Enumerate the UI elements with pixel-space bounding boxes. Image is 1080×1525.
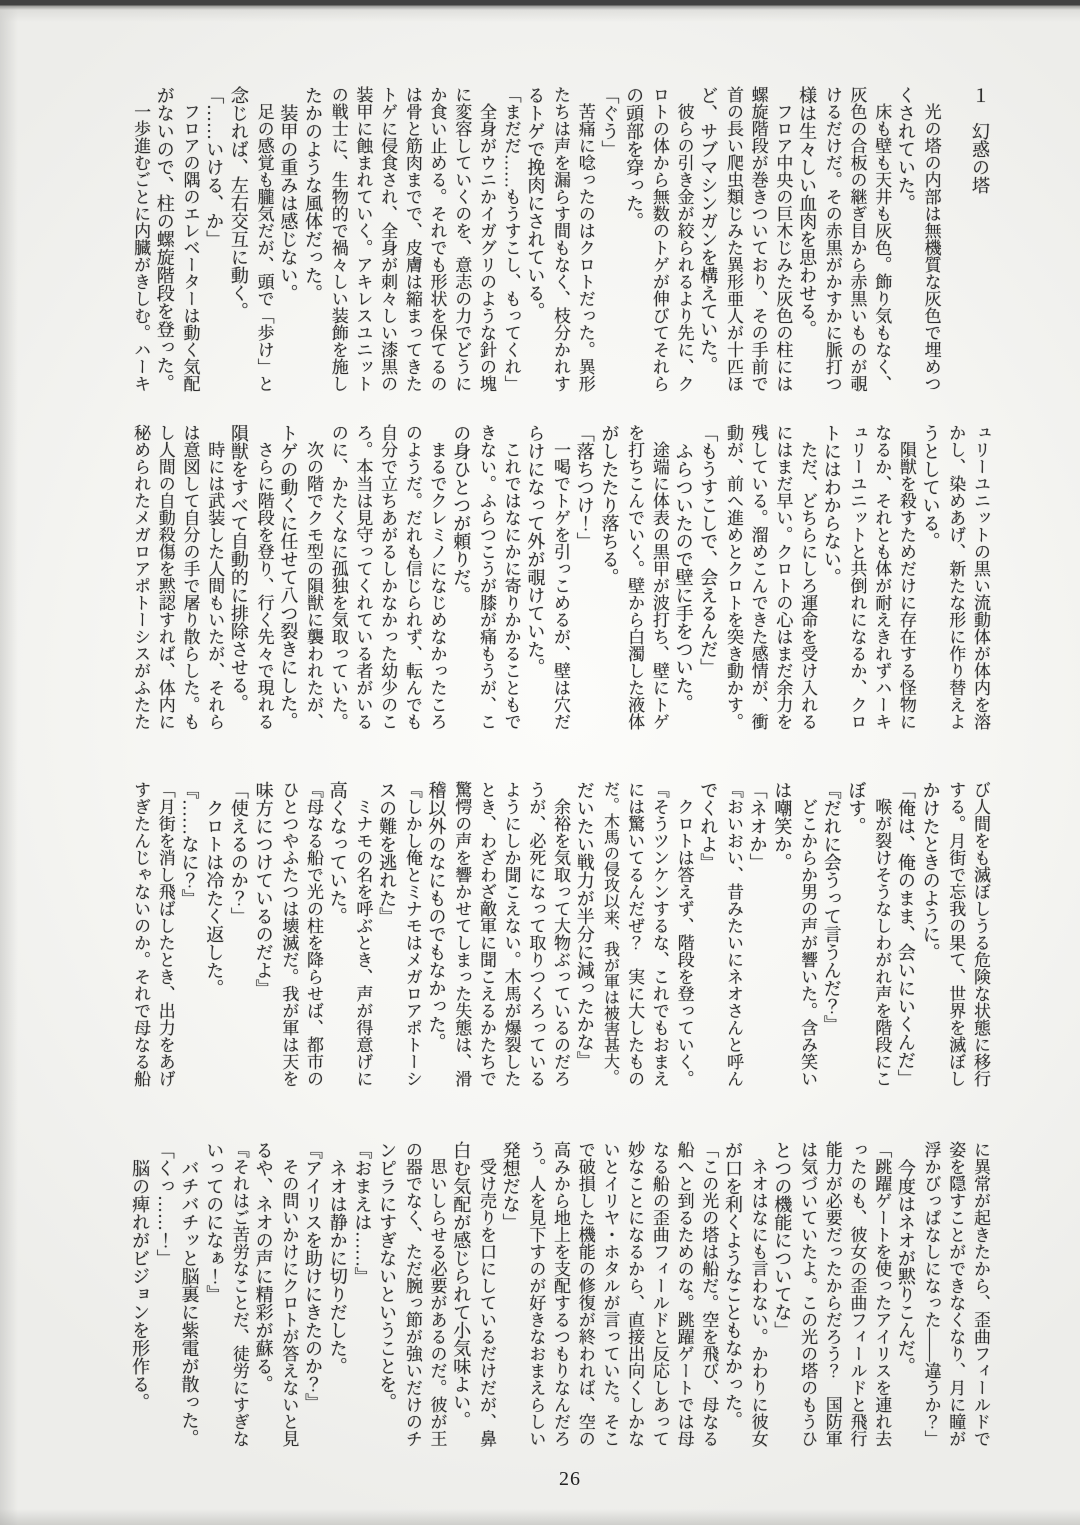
text-column: 「俺は、俺のまま、会いにいくんだ」 [893,781,918,1087]
text-column: 『おいおい、昔みたいにネオさんと呼ん [720,781,745,1087]
text-column: 『それはご苦労なことだ、徒労にすぎな [226,1141,251,1447]
text-column: ミナモの名を呼ぶとき、声が得意げに [350,781,375,1087]
text-column: いとイリヤ・ホタルが言っていた。そこ [597,1141,622,1447]
text-column: なるか、それとも体が耐えきれずハーキ [868,424,893,730]
text-column: ュリーユニットの黒い流動体が体内を溶 [967,424,992,730]
text-column: きない。ふらつこうが膝が痛もうが、こ [473,424,498,730]
text-column: ろ。本当は見守ってくれている者がいる [350,424,375,730]
text-column: 「ネオか」 [745,781,770,1087]
page-number: 26 [0,1468,1080,1491]
text-column: 動が、前へ進めとクロトを突き動かす。 [720,424,745,730]
text-column: 自分で立ちあがるしかなかった幼少のこ [374,424,399,730]
text-column: 脳の痺れがビジョンを形作る。 [127,1141,152,1447]
text-column: 残している。溜めこんできた感情が、衝 [745,424,770,730]
text-column: うとしている。 [918,424,943,730]
scan-edge-bottom [0,1509,1080,1525]
text-column: 灰色の合板の継ぎ目から赤黒いものが覗 [844,86,869,392]
text-column: ったのも、彼女の歪曲フィールドと飛行 [844,1141,869,1447]
text-column: 高みから地上を支配するつもりなんだろ [547,1141,572,1447]
text-column: ようにしか聞こえない。木馬が爆裂した [498,781,523,1087]
text-column: 「この光の塔は船だ。空を飛び、母なる [696,1141,721,1447]
text-column: は気づいていたよ。この光の塔のもうひ [794,1141,819,1447]
text-column: フロア中央の巨木じみた灰色の柱には [770,86,795,392]
text-column: 「月街を消し飛ばしたとき、出力をあげ [152,781,177,1087]
text-column: たかのような風体だった。 [300,86,325,392]
text-column: 余裕を気取って大物ぶっているのだろ [547,781,572,1087]
text-band-3: び人間をも滅ぼしうる危険な状態に移行する。月街で忘我の果て、世界を滅ぼしかけたと… [127,781,992,1087]
text-column: がないので、柱の螺旋階段を登った。 [152,86,177,392]
text-column: 螺旋階段が巻きついており、その手前で [745,86,770,392]
text-column: 苦痛に唸ったのはクロトだった。異形 [572,86,597,392]
text-column: くされていた。 [893,86,918,392]
text-column: たちは声を漏らす間もなく、枝分かれす [547,86,572,392]
text-column: し人間の自動殺傷を黙認すれば、体内に [152,424,177,730]
text-column: 姿を隠すことができなくなり、月に瞳が [943,1141,968,1447]
text-column: ふらついたので壁に手をついた。 [671,424,696,730]
text-column: ど、サブマシンガンを構えていた。 [696,86,721,392]
text-column: 彼らの引き金が絞られるより先に、ク [671,86,696,392]
text-column: のに、かたくなに孤独を気取っていた。 [325,424,350,730]
text-column: トゲの動くに任せて八つ裂きにした。 [276,424,301,730]
text-column: 思いしらせる必要があるのだ。彼が王 [424,1141,449,1447]
text-column: とつの機能についてな」 [770,1141,795,1447]
text-column: これではなにかに寄りかかることもで [498,424,523,730]
text-column: 稽以外のなにものでもなかった。 [424,781,449,1087]
text-column: に変容していくのを、意志の力でどうに [449,86,474,392]
text-column: ンピラにすぎないということを。 [374,1141,399,1447]
text-column: 足の感覚も朧気だが、頭で「歩け」と [251,86,276,392]
text-column: 船へと到るためのな。跳躍ゲートでは母 [671,1141,696,1447]
text-column: か食い止める。それでも形状を保てるの [424,86,449,392]
text-column: 高くなっていた。 [325,781,350,1087]
text-column: 『おまえは……』 [350,1141,375,1447]
text-column: がしたたり落ちる。 [597,424,622,730]
scan-edge-left [0,0,18,1525]
text-column: 「ぐう」 [597,86,622,392]
text-column: 『アイリスを助けにきたのか？』 [300,1141,325,1447]
text-column: とき、わざわざ敵軍に聞こえるかたちで [473,781,498,1087]
text-column: るトゲで挽肉にされている。 [523,86,548,392]
text-column: は意図して自分の手で屠り散らした。も [177,424,202,730]
text-column: スの難を逃れた』 [374,781,399,1087]
text-column: 途端に体表の黒甲が波打ち、壁にトゲ [646,424,671,730]
text-column: は嘲笑か。 [770,781,795,1087]
text-column: 一喝でトゲを引っこめるが、壁は穴だ [547,424,572,730]
text-column: 浮かびっぱなしになった――違うか？」 [918,1141,943,1447]
text-column: １ 幻惑の塔 [967,86,992,392]
text-column: 『……なに？』 [177,781,202,1087]
text-column: を打ちこんでいく。壁から白濁した液体 [621,424,646,730]
text-column: クロトは冷たく返した。 [202,781,227,1087]
text-band-4: に異常が起きたから、歪曲フィールドで姿を隠すことができなくなり、月に瞳が浮かびっ… [127,1141,992,1447]
scanned-page: １ 幻惑の塔 光の塔の内部は無機質な灰色で埋めつくされていた。 床も壁も天井も灰… [0,0,1080,1525]
text-column: で破損した機能の修復が終われば、空の [572,1141,597,1447]
text-column: う。人を見下すのが好きなおまえらしい [523,1141,548,1447]
text-column: けるだけだ。その赤黒がかすかに脈打つ [819,86,844,392]
text-column: バチバチッと脳裏に紫電が散った。 [177,1141,202,1447]
text-column: 様は生々しい血肉を思わせる。 [794,86,819,392]
text-column: その問いかけにクロトが答えないと見 [276,1141,301,1447]
text-column: が口を利くようなこともなかった。 [720,1141,745,1447]
text-column: 喉が裂けそうなしわがれ声を階段にこ [868,781,893,1087]
text-column: する。月街で忘我の果て、世界を滅ぼし [943,781,968,1087]
text-band-2: ュリーユニットの黒い流動体が体内を溶かし、染めあげ、新たな形に作り替えようとして… [127,424,992,730]
text-column: 妙なことになるから、直接出向くしかな [621,1141,646,1447]
text-column: トにはわからない。 [819,424,844,730]
text-column: ュリーユニットと共倒れになるか、クロ [844,424,869,730]
text-column: のようだ。だれも信じられず、転んでも [399,424,424,730]
text-column: 驚愕の声を響かせてしまった失態は、滑 [449,781,474,1087]
text-column: でくれよ』 [696,781,721,1087]
text-column: ネオは静かに切りだした。 [325,1141,350,1447]
text-column: の器でなく、ただ腕っ節が強いだけのチ [399,1141,424,1447]
text-column: 能力が必要だったからだろう？ 国防軍 [819,1141,844,1447]
text-column: 「もうすこしで、会えるんだ」 [696,424,721,730]
text-column: どこからか男の声が響いた。含み笑い [794,781,819,1087]
text-column: 受け売りを口にしているだけだが、鼻 [473,1141,498,1447]
text-column: だ。木馬の侵攻以来、我が軍は被害甚大。 [597,781,622,1087]
text-column: び人間をも滅ぼしうる危険な状態に移行 [967,781,992,1087]
text-column: 全身がウニかイガグリのような針の塊 [473,86,498,392]
text-column: 味方につけているのだよ』 [251,781,276,1087]
text-column: ただ、どちらにしろ運命を受け入れる [794,424,819,730]
text-column: 「まだだ……もうすこし、もってくれ」 [498,86,523,392]
text-band-1: １ 幻惑の塔 光の塔の内部は無機質な灰色で埋めつくされていた。 床も壁も天井も灰… [127,86,992,392]
text-column: 発想だな」 [498,1141,523,1447]
text-column: だいたい戦力が半分に減ったかな』 [572,781,597,1087]
text-column: さらに階段を登り、行く先々で現れる [251,424,276,730]
text-column: 今度はネオが黙りこんだ。 [893,1141,918,1447]
text-column: 白む気配が感じられて小気味よい。 [449,1141,474,1447]
text-column: クロトは答えず、階段を登っていく。 [671,781,696,1087]
text-column: ロトの体から無数のトゲが伸びてそれら [646,86,671,392]
text-column: 念じれば、左右交互に動く。 [226,86,251,392]
text-column: 『そうツンケンするな、これでもおまえ [646,781,671,1087]
text-column: 秘められたメガロアポトーシスがふたた [127,424,152,730]
text-column: 『しかし俺とミナモはメガロアポトーシ [399,781,424,1087]
text-column: には驚いてるんだぜ？ 実に大したもの [621,781,646,1087]
text-column: の頭部を穿った。 [621,86,646,392]
text-column: 床も壁も天井も灰色。飾り気もなく、 [868,86,893,392]
text-column: 『だれに会うって言うんだ？』 [819,781,844,1087]
text-column: フロアの隅のエレベーターは動く気配 [177,86,202,392]
text-column: 光の塔の内部は無機質な灰色で埋めつ [918,86,943,392]
text-column: に異常が起きたから、歪曲フィールドで [967,1141,992,1447]
text-column: まるでクレミノになじめなかったころ [424,424,449,730]
text-column: かけたときのように。 [918,781,943,1087]
text-column: 首の長い爬虫類じみた異形亜人が十匹ほ [720,86,745,392]
text-column: 「跳躍ゲートを使ったアイリスを連れ去 [868,1141,893,1447]
text-column: らけになって外が覗けていた。 [523,424,548,730]
text-column: 「くっ……！」 [152,1141,177,1447]
text-column: 「落ちつけ！」 [572,424,597,730]
text-column: 『母なる船で光の柱を降らせば、都市の [300,781,325,1087]
text-column: るや、ネオの声に精彩が蘇る。 [251,1141,276,1447]
text-column: 次の階でクモ型の隕獣に襲われたが、 [300,424,325,730]
text-column: 時には武装した人間もいたが、それら [202,424,227,730]
text-column: 装甲の重みは感じない。 [276,86,301,392]
text-column: ぼす。 [844,781,869,1087]
text-column: は骨と筋肉までで、皮膚は縮まってきた [399,86,424,392]
text-column [943,86,968,392]
text-column: の身ひとつが頼りだ。 [449,424,474,730]
text-column: うが、必死になって取りつくろっている [523,781,548,1087]
text-column: すぎたんじゃないのか。それで母なる船 [127,781,152,1087]
text-column: 「……いける、か」 [202,86,227,392]
text-column: いってのになぁ！』 [202,1141,227,1447]
text-column: の戦士に、生物的で禍々しい装飾を施し [325,86,350,392]
text-column: トゲに侵食され、全身が刺々しい漆黒の [374,86,399,392]
scan-edge-top [0,0,1080,22]
text-column: 隕獣をすべて自動的に排除させる。 [226,424,251,730]
text-column: 装甲に蝕まれていく。アキレスユニット [350,86,375,392]
text-column: ネオはなにも言わない。かわりに彼女 [745,1141,770,1447]
text-column: かし、染めあげ、新たな形に作り替えよ [943,424,968,730]
text-column: なる船の歪曲フィールドと反応しあって [646,1141,671,1447]
text-column: 一歩進むごとに内臓がきしむ。ハーキ [127,86,152,392]
text-column: ひとつやふたつは壊滅だ。我が軍は天を [276,781,301,1087]
text-column: 隕獣を殺すためだけに存在する怪物に [893,424,918,730]
text-column: にはまだ早い。クロトの心はまだ余力を [770,424,795,730]
text-column: 「使えるのか？」 [226,781,251,1087]
